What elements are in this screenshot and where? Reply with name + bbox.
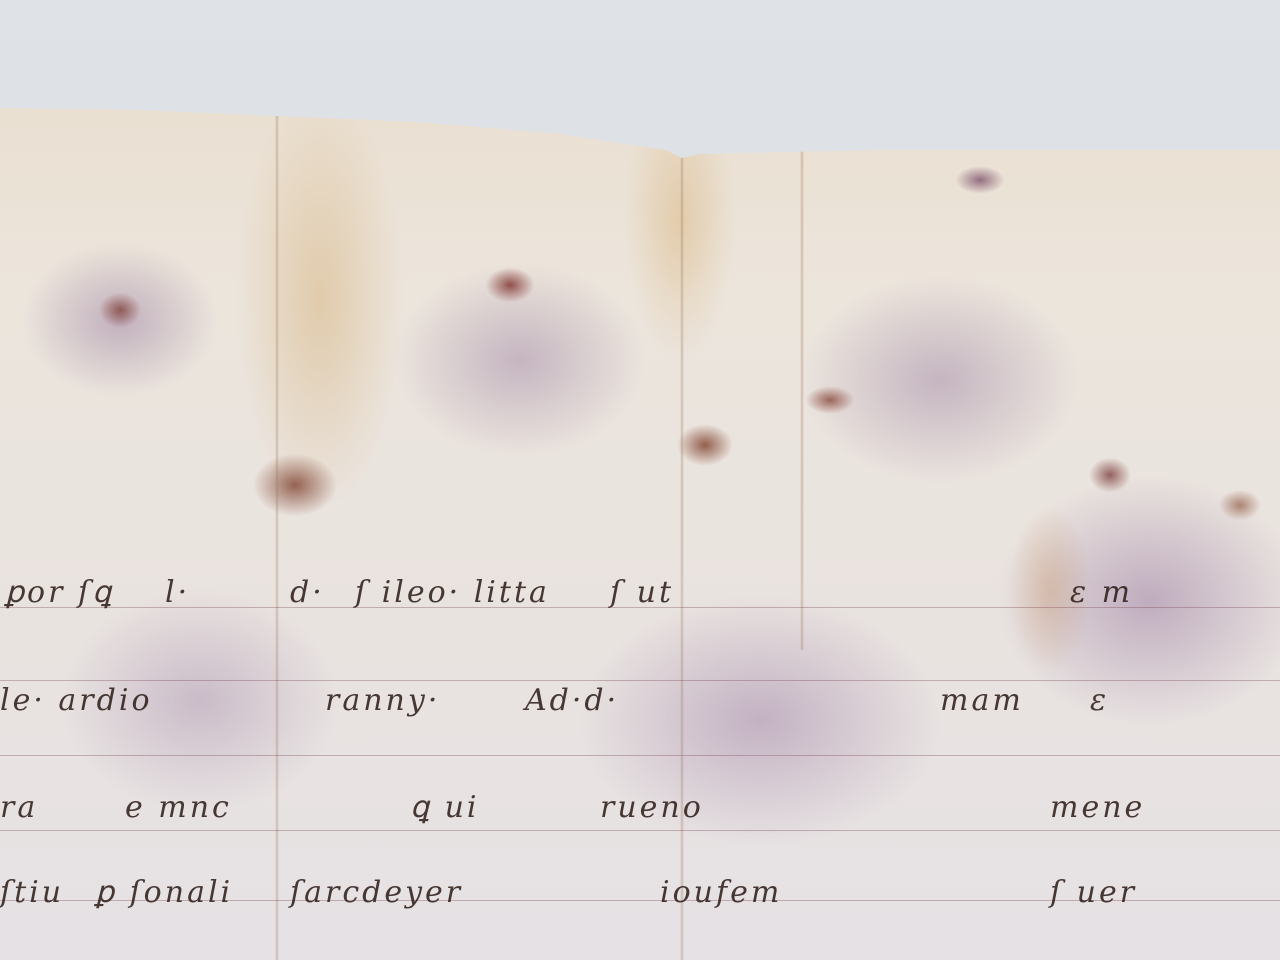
word-fragment: ɛ	[1090, 683, 1109, 718]
ruling-line	[0, 830, 1280, 831]
word-fragment: ſ uer	[1050, 875, 1137, 910]
word-fragment: l·	[165, 575, 190, 610]
word-fragment: mene	[1050, 790, 1145, 825]
word-fragment: rueno	[600, 790, 704, 825]
word-fragment: ranny·	[325, 683, 440, 718]
ruling-line	[0, 680, 1280, 681]
fold-crease	[680, 150, 684, 960]
word-fragment: ra	[0, 790, 38, 825]
word-fragment: ſ ileo· litta	[355, 575, 550, 610]
word-fragment: ioufem	[660, 875, 782, 910]
word-fragment: ſtiu	[0, 875, 64, 910]
word-fragment: mam	[940, 683, 1024, 718]
word-fragment: le· ardio	[0, 683, 153, 718]
fold-crease	[275, 110, 279, 960]
word-fragment: ꝗ ui	[410, 790, 480, 825]
word-fragment: ſarcdeyer	[290, 875, 463, 910]
word-fragment: ꝑor ſꝗ	[5, 575, 114, 610]
word-fragment: ɛ m	[1070, 575, 1133, 610]
fold-crease	[800, 150, 804, 650]
word-fragment: e mnc	[125, 790, 232, 825]
word-fragment: ſ ut	[610, 575, 674, 610]
word-fragment: ꝑ ſonali	[95, 875, 233, 910]
word-fragment: d·	[290, 575, 325, 610]
ruling-line	[0, 755, 1280, 756]
word-fragment: Ad·d·	[525, 683, 619, 718]
